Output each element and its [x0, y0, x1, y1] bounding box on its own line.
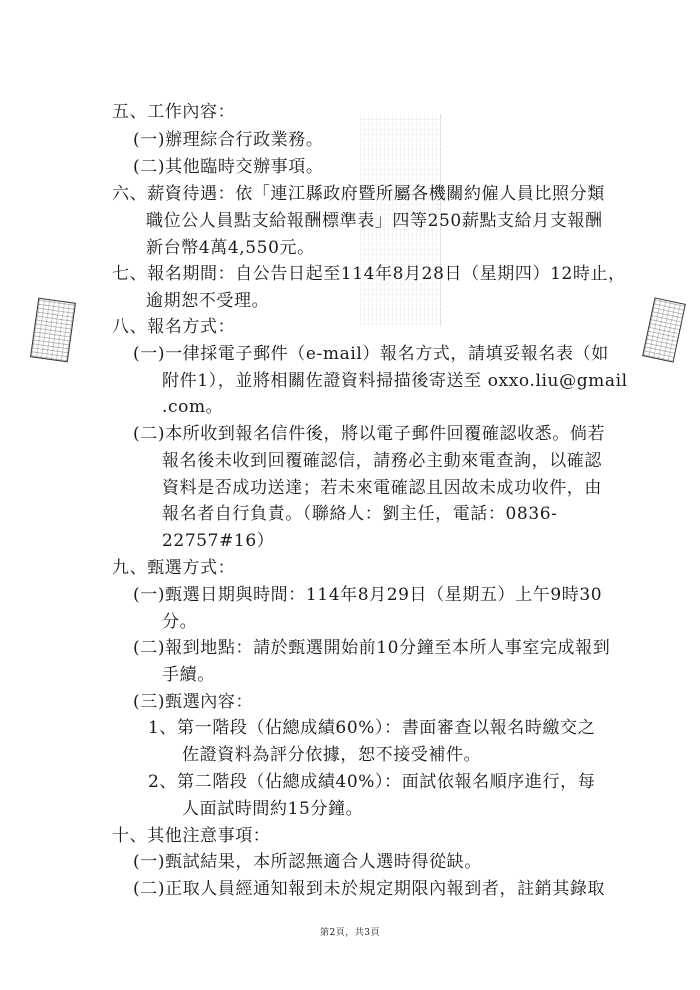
page-footer: 第2頁，共3頁 [0, 925, 700, 938]
text-line: (一)甄試結果，本所認無適合人選時得從缺。 [133, 851, 482, 873]
text-line: 22757#16） [162, 530, 274, 552]
text-line: (一)辦理綜合行政業務。 [133, 129, 323, 151]
text-line: (二)本所收到報名信件後，將以電子郵件回覆確認收悉。倘若 [133, 423, 605, 445]
text-line: (一)一律採電子郵件（e-mail）報名方式，請填妥報名表（如 [133, 343, 609, 365]
document-page: 五、工作內容：(一)辦理綜合行政業務。(二)其他臨時交辦事項。六、薪資待遇：依「… [0, 0, 700, 990]
text-line: (三)甄選內容： [133, 691, 253, 713]
text-line: 人面試時間約15分鐘。 [182, 798, 363, 820]
seal-stamp-left-icon [30, 298, 76, 363]
text-line: (二)報到地點：請於甄選開始前10分鐘至本所人事室完成報到 [133, 637, 610, 659]
text-line: 2、第二階段（佔總成績40%）：面試依報名順序進行，每 [148, 771, 595, 793]
seal-stamp-right-icon [642, 297, 686, 362]
text-line: 手續。 [162, 664, 215, 686]
text-line: 報名後未收到回覆確認信，請務必主動來電查詢，以確認 [162, 450, 602, 472]
text-line: 分。 [162, 611, 197, 633]
text-line: .com。 [162, 396, 223, 418]
text-line: 佐證資料為評分依據，恕不接受補件。 [182, 744, 481, 766]
text-line: 七、報名期間：自公告日起至114年8月28日（星期四）12時止， [112, 263, 626, 285]
text-line: 新台幣4萬4,550元。 [146, 237, 315, 259]
text-line: (二)其他臨時交辦事項。 [133, 156, 323, 178]
text-line: 職位公人員點支給報酬標準表」四等250薪點支給月支報酬 [146, 210, 603, 232]
text-line: (二)正取人員經通知報到未於規定期限內報到者，註銷其錄取 [133, 878, 605, 900]
text-line: 資料是否成功送達；若未來電確認且因故未成功收件，由 [162, 477, 602, 499]
text-line: 報名者自行負責。（聯絡人：劉主任，電話：0836- [162, 503, 558, 525]
text-line: 六、薪資待遇：依「連江縣政府暨所屬各機關約僱人員比照分類 [112, 183, 605, 205]
text-line: 五、工作內容： [112, 101, 235, 123]
text-line: 十、其他注意事項： [112, 825, 270, 847]
text-line: 逾期恕不受理。 [146, 290, 269, 312]
text-line: 九、甄選方式： [112, 557, 235, 579]
text-line: 八、報名方式： [112, 316, 235, 338]
text-line: 1、第一階段（佔總成績60%）：書面審查以報名時繳交之 [148, 717, 595, 739]
text-line: 附件1），並將相關佐證資料掃描後寄送至 oxxo.liu@gmail [162, 370, 628, 392]
text-line: (一)甄選日期與時間：114年8月29日（星期五）上午9時30 [133, 584, 602, 606]
